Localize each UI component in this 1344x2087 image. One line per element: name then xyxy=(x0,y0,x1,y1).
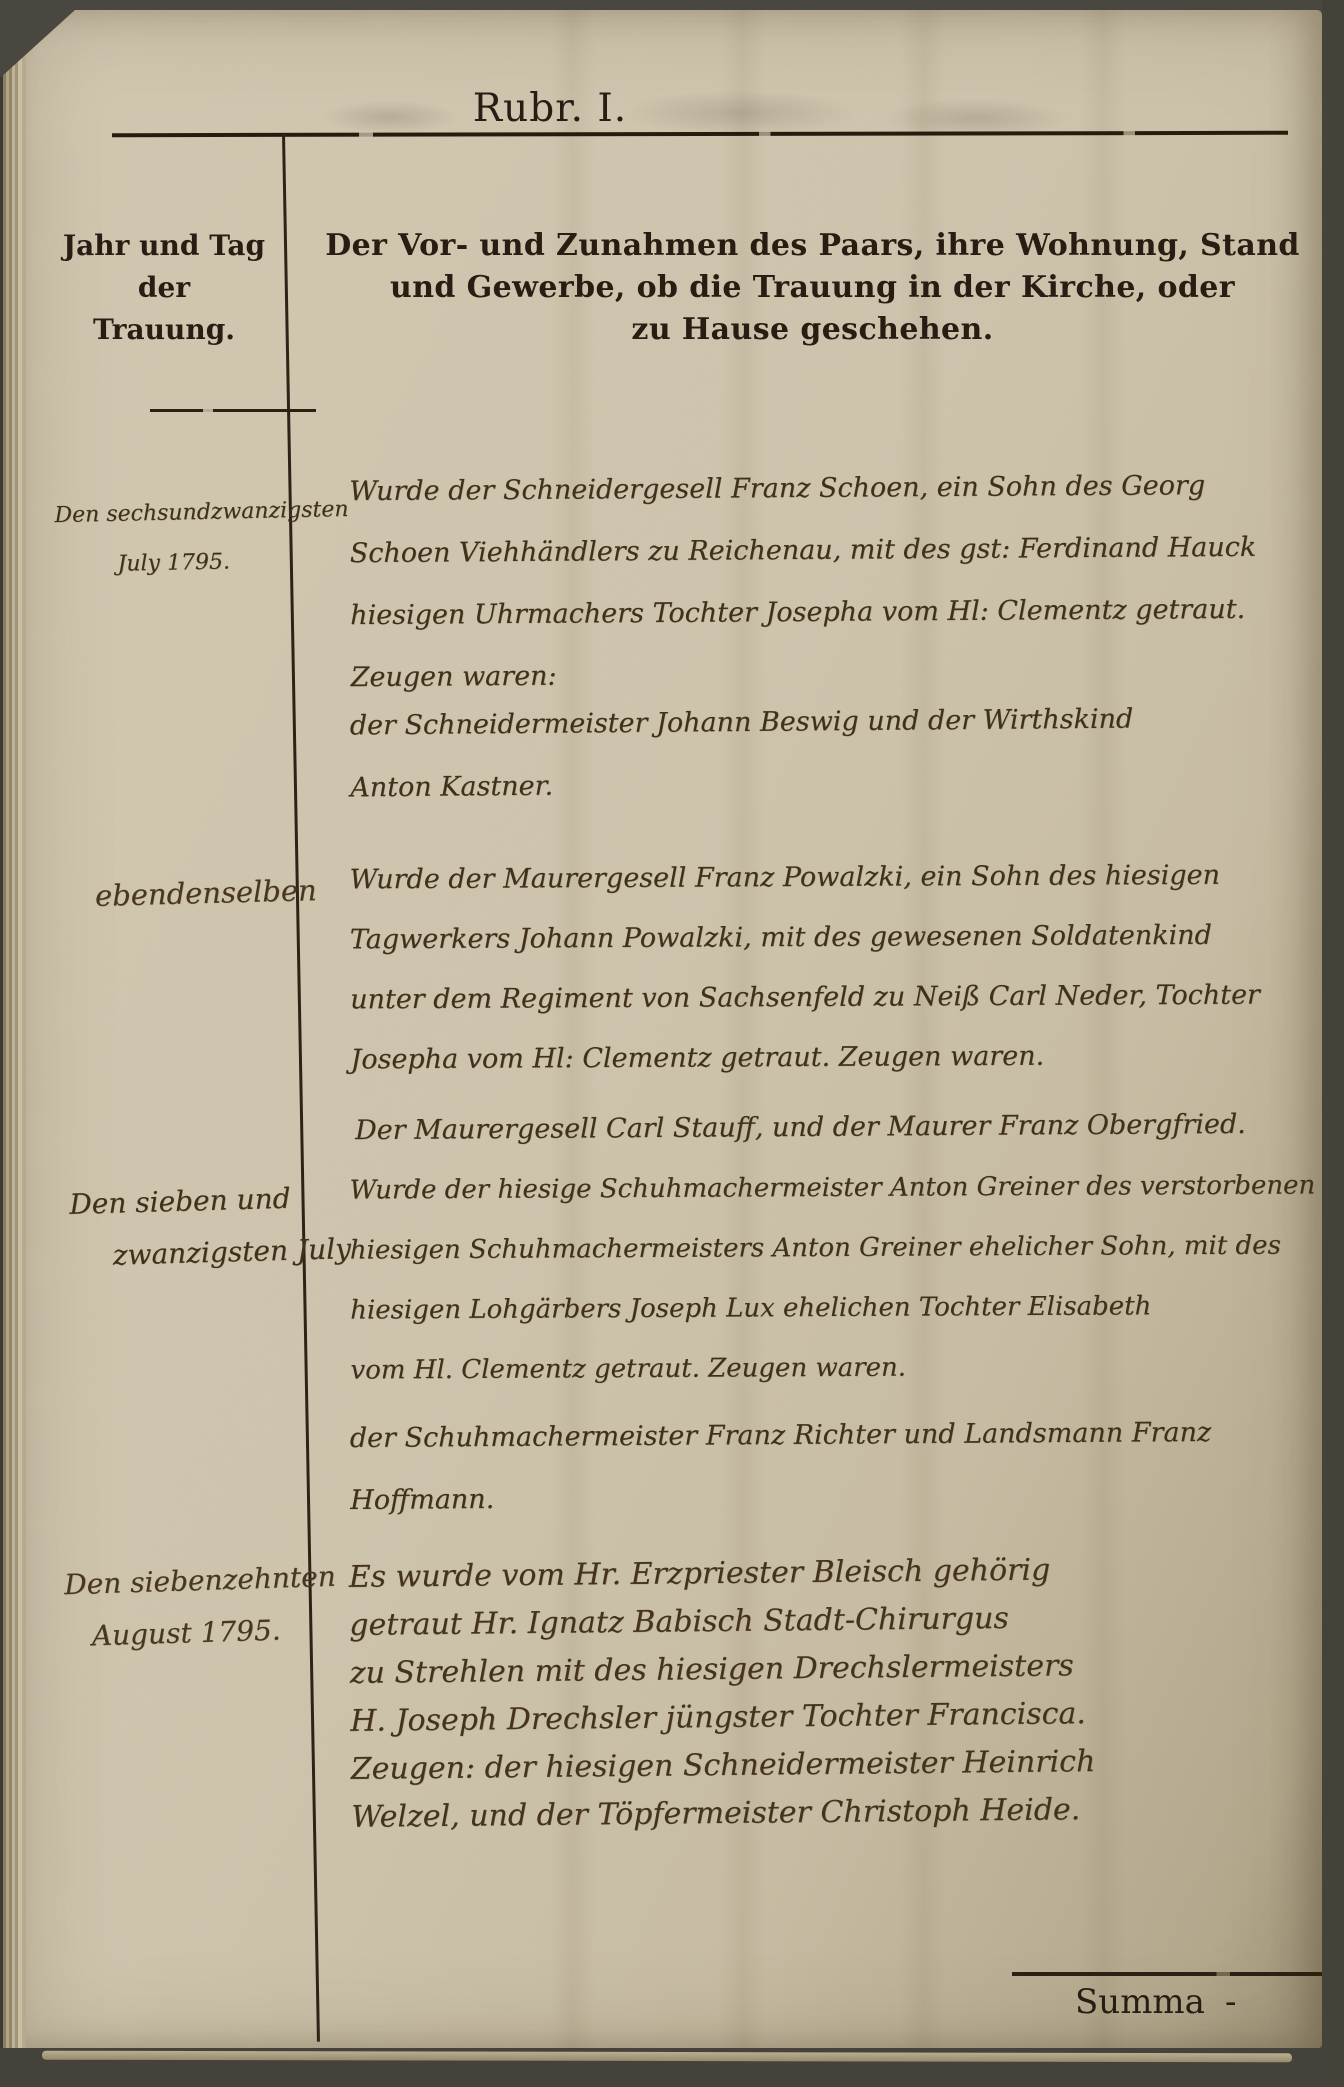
entry-4-record: Es wurde vom Hr. Erzpriester Bleisch geh… xyxy=(349,1546,1097,1842)
summa-label: Summa xyxy=(1075,1982,1205,2022)
entry-3-date: Den sieben und zwanzigsten July xyxy=(69,1171,352,1283)
column-header-couple-line: zu Hause geschehen. xyxy=(320,309,1305,351)
entry-3-record: Wurde der hiesige Schuhmachermeister Ant… xyxy=(349,1155,1316,1400)
header-top-rule xyxy=(112,131,1288,137)
column-divider-rule xyxy=(282,134,320,2042)
date-column-header-rule xyxy=(150,409,316,412)
entry-1-date: Den sechsundzwanzigsten July 1795. xyxy=(54,485,350,591)
rubric-heading: Rubr. I. xyxy=(420,86,680,131)
backdrop-right xyxy=(1322,0,1344,2087)
paper-sheet: Rubr. I. Jahr und Tag der Trauung. Der V… xyxy=(20,10,1322,2048)
entry-2-record: Wurde der Maurergesell Franz Powalzki, e… xyxy=(349,846,1260,1091)
entry-1-record: Wurde der Schneidergesell Franz Schoen, … xyxy=(349,455,1257,709)
entry-1-witnesses: der Schneidermeister Johann Beswig und d… xyxy=(349,689,1134,820)
column-header-couple-line: Der Vor- und Zunahmen des Paars, ihre Wo… xyxy=(320,225,1305,267)
entry-4-date: Den siebenzehnten August 1795. xyxy=(63,1551,338,1663)
column-header-date: Jahr und Tag der Trauung. xyxy=(38,225,290,351)
entry-3-witnesses: der Schuhmachermeister Franz Richter und… xyxy=(350,1402,1212,1532)
book-page-edges-left xyxy=(0,12,26,2062)
photographed-register-page: Rubr. I. Jahr und Tag der Trauung. Der V… xyxy=(0,0,1344,2087)
entry-2-witnesses: Der Maurergesell Carl Stauff, und der Ma… xyxy=(355,1095,1246,1161)
summa-value: - xyxy=(1225,1982,1237,2022)
column-header-couple: Der Vor- und Zunahmen des Paars, ihre Wo… xyxy=(320,225,1305,351)
column-header-date-line: Jahr und Tag xyxy=(38,225,290,267)
column-header-couple-line: und Gewerbe, ob die Trauung in der Kirch… xyxy=(320,267,1305,309)
column-header-date-line: Trauung. xyxy=(38,309,290,351)
column-header-date-line: der xyxy=(38,267,290,309)
entry-2-date: ebendenselben xyxy=(94,865,317,921)
summa-rule xyxy=(1012,1972,1342,1976)
